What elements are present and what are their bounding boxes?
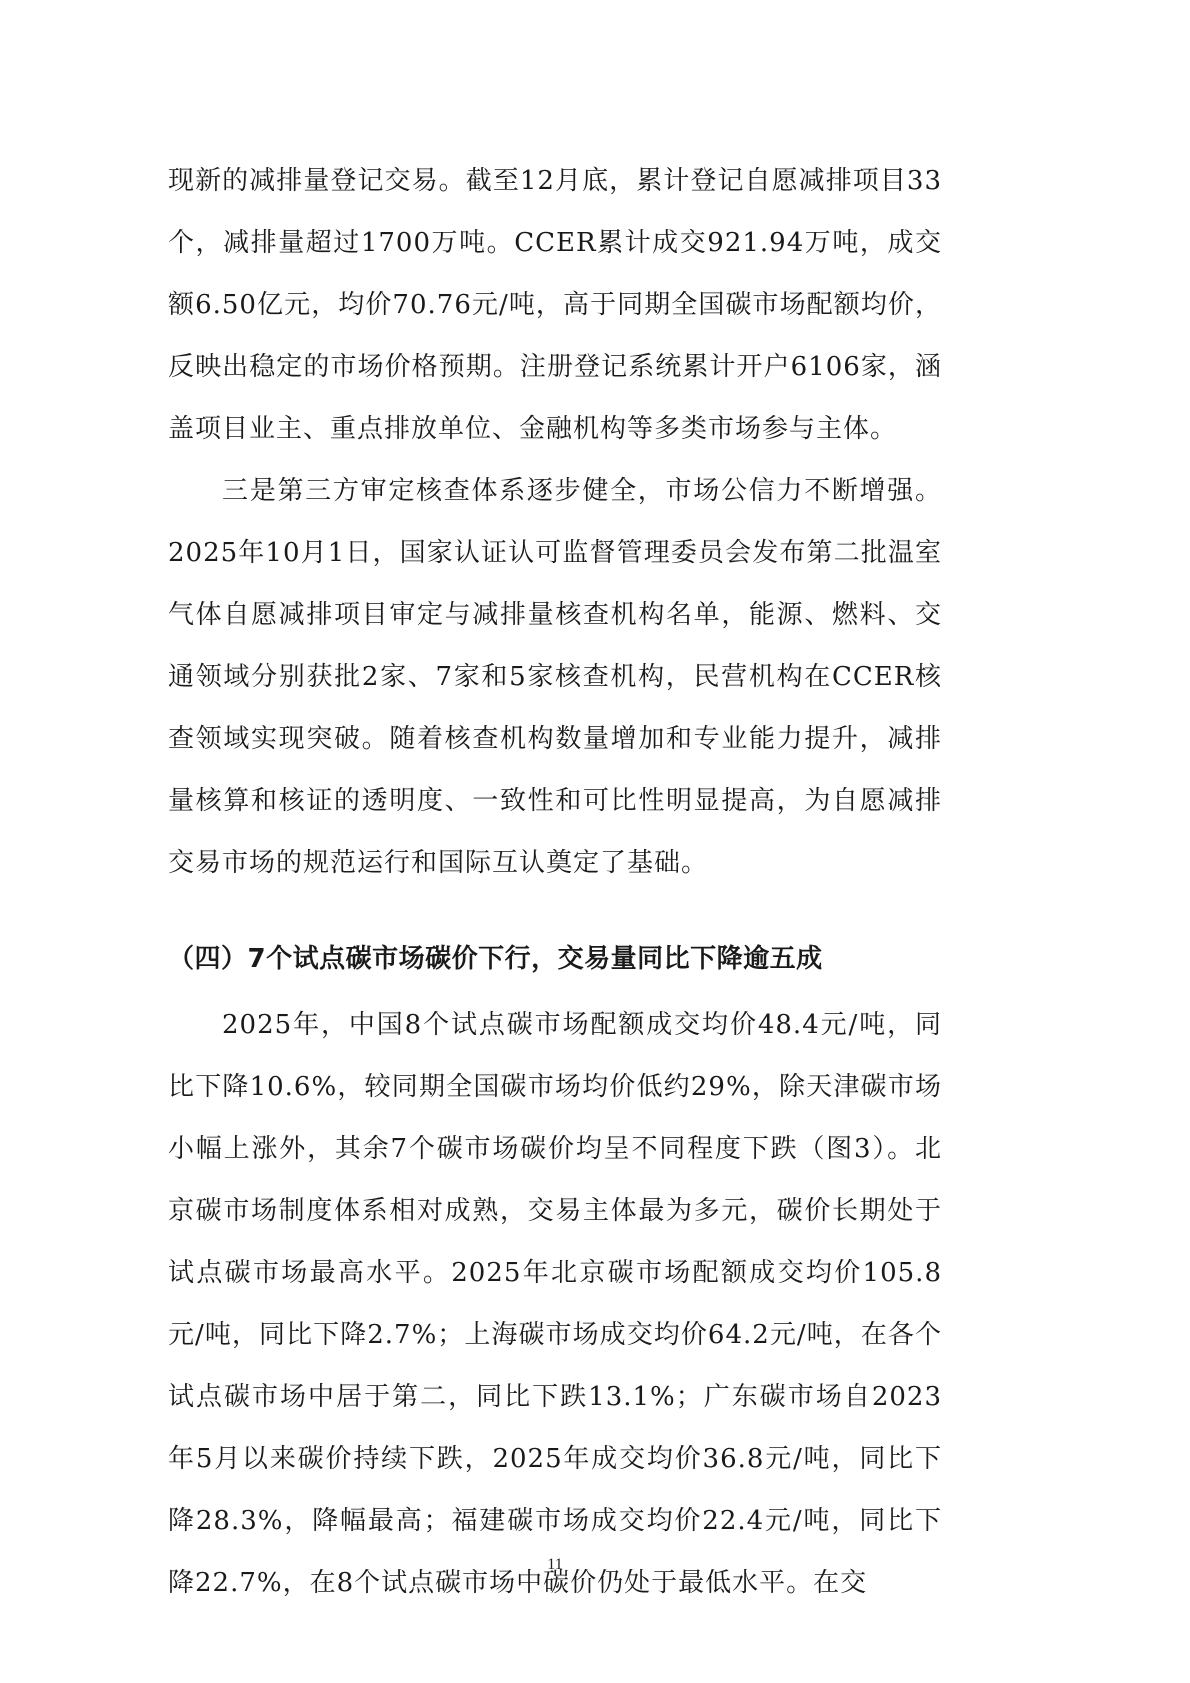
paragraph-third-party-verification: 三是第三方审定核查体系逐步健全，市场公信力不断增强。2025年10月1日，国家认…	[168, 460, 942, 894]
document-page: 现新的减排量登记交易。截至12月底，累计登记自愿减排项目33个，减排量超过170…	[168, 150, 942, 1614]
paragraph-ccer-registration: 现新的减排量登记交易。截至12月底，累计登记自愿减排项目33个，减排量超过170…	[168, 150, 942, 460]
section-heading-pilot-markets: （四）7个试点碳市场碳价下行，交易量同比下降逾五成	[168, 928, 942, 990]
paragraph-pilot-carbon-prices: 2025年，中国8个试点碳市场配额成交均价48.4元/吨，同比下降10.6%，较…	[168, 994, 942, 1614]
page-number: 11	[0, 1556, 1110, 1574]
